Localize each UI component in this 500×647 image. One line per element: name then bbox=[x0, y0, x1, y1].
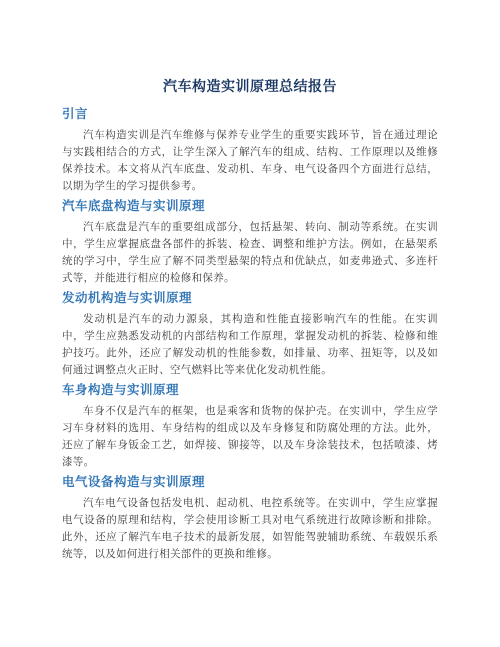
section-heading-electrical: 电气设备构造与实训原理 bbox=[62, 474, 438, 491]
section-chassis: 汽车底盘构造与实训原理 汽车底盘是汽车的重要组成部分，包括悬架、转向、制动等系统… bbox=[62, 198, 438, 287]
section-car-body: 车身构造与实训原理 车身不仅是汽车的框架，也是乘客和货物的保护壳。在实训中，学生… bbox=[62, 382, 438, 471]
section-heading-car-body: 车身构造与实训原理 bbox=[62, 382, 438, 399]
section-heading-engine: 发动机构造与实训原理 bbox=[62, 290, 438, 307]
document-title: 汽车构造实训原理总结报告 bbox=[62, 78, 438, 94]
section-heading-chassis: 汽车底盘构造与实训原理 bbox=[62, 198, 438, 215]
section-paragraph-car-body: 车身不仅是汽车的框架，也是乘客和货物的保护壳。在实训中，学生应学习车身材料的选用… bbox=[62, 403, 438, 471]
section-engine: 发动机构造与实训原理 发动机是汽车的动力源泉，其构造和性能直接影响汽车的性能。在… bbox=[62, 290, 438, 379]
section-introduction: 引言 汽车构造实训是汽车维修与保养专业学生的重要实践环节，旨在通过理论与实践相结… bbox=[62, 106, 438, 195]
section-paragraph-chassis: 汽车底盘是汽车的重要组成部分，包括悬架、转向、制动等系统。在实训中，学生应掌握底… bbox=[62, 219, 438, 287]
section-electrical: 电气设备构造与实训原理 汽车电气设备包括发电机、起动机、电控系统等。在实训中，学… bbox=[62, 474, 438, 563]
section-paragraph-engine: 发动机是汽车的动力源泉，其构造和性能直接影响汽车的性能。在实训中，学生应熟悉发动… bbox=[62, 311, 438, 379]
section-heading-introduction: 引言 bbox=[62, 106, 438, 123]
document-page: 汽车构造实训原理总结报告 引言 汽车构造实训是汽车维修与保养专业学生的重要实践环… bbox=[0, 0, 500, 647]
section-paragraph-introduction: 汽车构造实训是汽车维修与保养专业学生的重要实践环节，旨在通过理论与实践相结合的方… bbox=[62, 127, 438, 195]
section-paragraph-electrical: 汽车电气设备包括发电机、起动机、电控系统等。在实训中，学生应掌握电气设备的原理和… bbox=[62, 495, 438, 563]
